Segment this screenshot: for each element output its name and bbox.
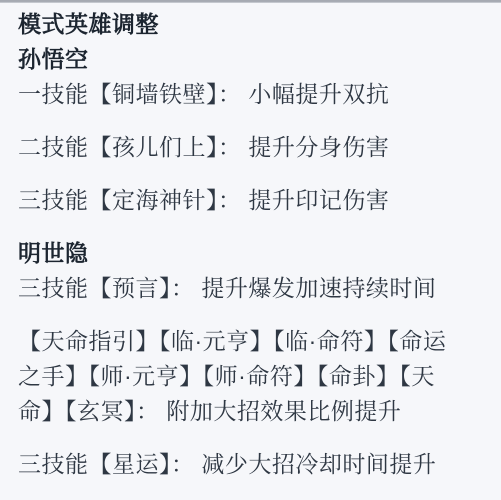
section-title: 模式英雄调整 bbox=[18, 7, 485, 42]
ming-shiyin-talisman-adjustment-line3: 命】【玄冥】： 附加大招效果比例提升 bbox=[18, 394, 485, 429]
sun-wukong-skill2-block: 二技能【孩儿们上】： 提升分身伤害 bbox=[18, 130, 485, 165]
ming-shiyin-star-skill-block: 三技能【星运】： 减少大招冷却时间提升 bbox=[18, 447, 485, 482]
patch-notes-document: 模式英雄调整 孙悟空 一技能【铜墙铁壁】： 小幅提升双抗 二技能【孩儿们上】： … bbox=[0, 3, 501, 482]
sun-wukong-skill3-block: 三技能【定海神针】： 提升印记伤害 bbox=[18, 183, 485, 218]
sun-wukong-skill2-adjustment: 二技能【孩儿们上】： 提升分身伤害 bbox=[18, 130, 485, 165]
hero-name-sun-wukong: 孙悟空 bbox=[18, 42, 485, 77]
page: 模式英雄调整 孙悟空 一技能【铜墙铁壁】： 小幅提升双抗 二技能【孩儿们上】： … bbox=[0, 0, 501, 482]
ming-shiyin-skill3-adjustment: 三技能【预言】： 提升爆发加速持续时间 bbox=[18, 271, 485, 306]
patch-header-and-sun-wukong-block: 模式英雄调整 孙悟空 一技能【铜墙铁壁】： 小幅提升双抗 bbox=[18, 7, 485, 112]
sun-wukong-skill1-adjustment: 一技能【铜墙铁壁】： 小幅提升双抗 bbox=[18, 77, 485, 112]
ming-shiyin-talisman-adjustment-line2: 之手】【师·元亨】【师·命符】【命卦】【天 bbox=[18, 359, 485, 394]
ming-shiyin-star-skill-adjustment: 三技能【星运】： 减少大招冷却时间提升 bbox=[18, 447, 485, 482]
ming-shiyin-block: 明世隐 三技能【预言】： 提升爆发加速持续时间 bbox=[18, 236, 485, 306]
sun-wukong-skill3-adjustment: 三技能【定海神针】： 提升印记伤害 bbox=[18, 183, 485, 218]
ming-shiyin-talisman-adjustment-line1: 【天命指引】【临·元亨】【临·命符】【命运 bbox=[18, 324, 485, 359]
ming-shiyin-talisman-block: 【天命指引】【临·元亨】【临·命符】【命运 之手】【师·元亨】【师·命符】【命卦… bbox=[18, 324, 485, 429]
hero-name-ming-shiyin: 明世隐 bbox=[18, 236, 485, 271]
